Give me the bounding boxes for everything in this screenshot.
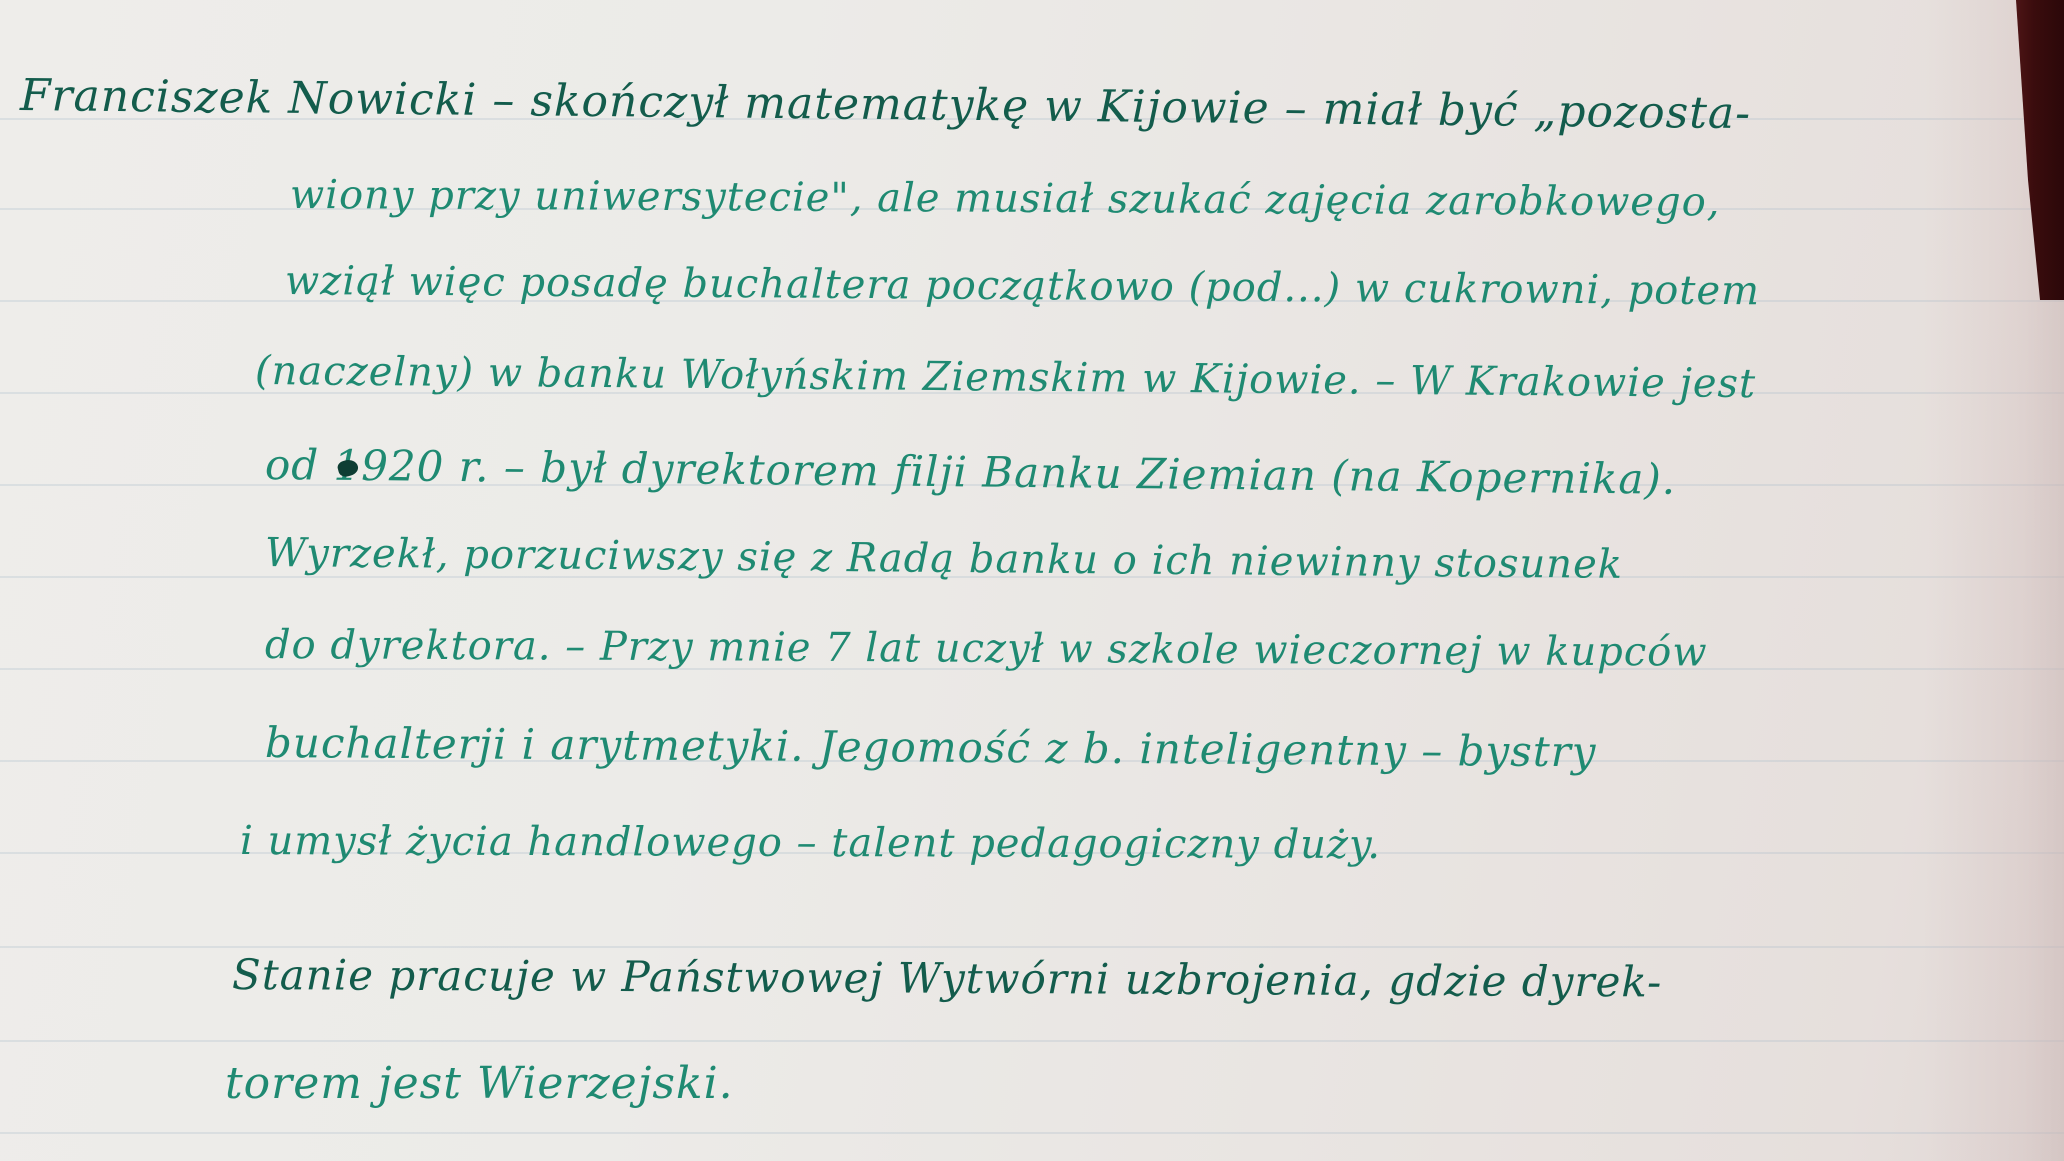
handwritten-line-1: Franciszek Nowicki – skończył matematykę…	[20, 70, 1752, 139]
handwritten-line-9: i umysł życia handlowego – talent pedago…	[240, 818, 1381, 868]
handwritten-line-6: Wyrzekł, porzuciwszy się z Radą banku o …	[265, 530, 1623, 588]
ruled-line	[0, 1040, 2064, 1042]
ruled-line	[0, 1132, 2064, 1134]
handwritten-line-5: od 1920 r. – był dyrektorem filji Banku …	[265, 440, 1677, 504]
ruled-line	[0, 946, 2064, 948]
book-binding	[2004, 0, 2064, 300]
handwritten-line-2: wiony przy uniwersytecie", ale musiał sz…	[290, 172, 1721, 225]
manuscript-page: Franciszek Nowicki – skończył matematykę…	[0, 0, 2064, 1161]
handwritten-line-8: buchalterji i arytmetyki. Jegomość z b. …	[265, 718, 1597, 776]
handwritten-line-10: Stanie pracuje w Państwowej Wytwórni uzb…	[232, 950, 1663, 1006]
handwritten-line-3: wziął więc posadę buchaltera początkowo …	[285, 258, 1760, 314]
handwritten-line-11: torem jest Wierzejski.	[225, 1058, 734, 1109]
handwritten-line-7: do dyrektora. – Przy mnie 7 lat uczył w …	[265, 622, 1708, 676]
handwritten-line-4: (naczelny) w banku Wołyńskim Ziemskim w …	[255, 348, 1757, 407]
